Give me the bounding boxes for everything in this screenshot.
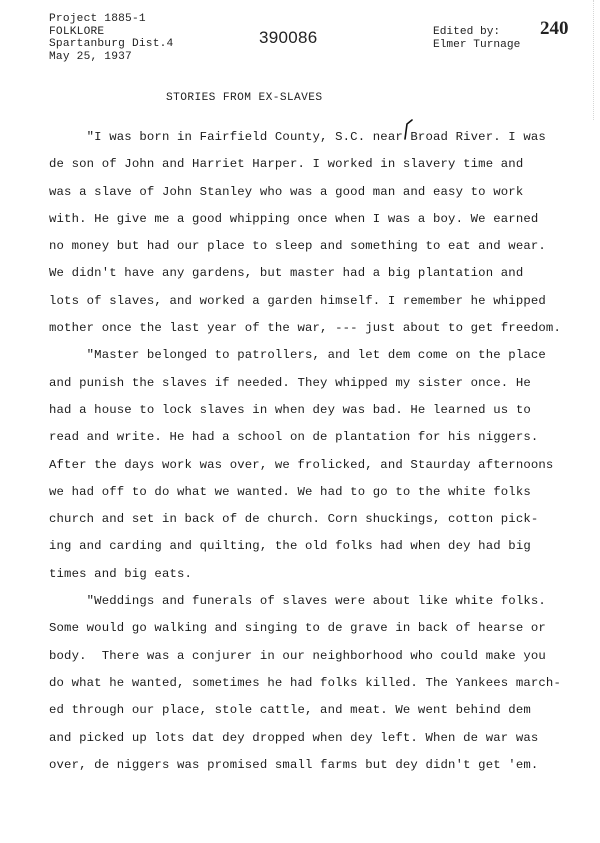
text-line: ing and carding and quilting, the old fo… — [49, 533, 589, 560]
text-line: was a slave of John Stanley who was a go… — [49, 179, 589, 206]
scan-edge-marks — [593, 0, 600, 120]
page-number: 240 — [540, 18, 569, 40]
text-line: ed through our place, stole cattle, and … — [49, 697, 589, 724]
document-number: 390086 — [259, 28, 318, 48]
editor-block: Edited by: Elmer Turnage — [433, 26, 520, 51]
text-line: read and write. He had a school on de pl… — [49, 424, 589, 451]
text-line: had a house to lock slaves in when dey w… — [49, 397, 589, 424]
text-line: we had off to do what we wanted. We had … — [49, 479, 589, 506]
district-line: Spartanburg Dist.4 — [49, 38, 173, 51]
text-line: with. He give me a good whipping once wh… — [49, 206, 589, 233]
document-page: Project 1885-1 FOLKLORE Spartanburg Dist… — [0, 0, 600, 843]
editor-name: Elmer Turnage — [433, 39, 520, 52]
text-line: times and big eats. — [49, 561, 589, 588]
document-body: "I was born in Fairfield County, S.C. ne… — [49, 124, 589, 779]
text-line: "I was born in Fairfield County, S.C. ne… — [49, 124, 589, 151]
text-line: "Master belonged to patrollers, and let … — [49, 342, 589, 369]
category-line: FOLKLORE — [49, 26, 173, 39]
text-line: do what he wanted, sometimes he had folk… — [49, 670, 589, 697]
text-line: de son of John and Harriet Harper. I wor… — [49, 151, 589, 178]
text-line: We didn't have any gardens, but master h… — [49, 260, 589, 287]
project-info-block: Project 1885-1 FOLKLORE Spartanburg Dist… — [49, 13, 173, 63]
text-line: and punish the slaves if needed. They wh… — [49, 370, 589, 397]
text-line: church and set in back of de church. Cor… — [49, 506, 589, 533]
date-line: May 25, 1937 — [49, 51, 173, 64]
text-line: After the days work was over, we frolick… — [49, 452, 589, 479]
project-line: Project 1885-1 — [49, 13, 173, 26]
text-line: and picked up lots dat dey dropped when … — [49, 725, 589, 752]
editor-label: Edited by: — [433, 26, 520, 39]
text-line: no money but had our place to sleep and … — [49, 233, 589, 260]
text-line: mother once the last year of the war, --… — [49, 315, 589, 342]
text-line: lots of slaves, and worked a garden hims… — [49, 288, 589, 315]
document-title: STORIES FROM EX-SLAVES — [166, 92, 323, 104]
text-line: over, de niggers was promised small farm… — [49, 752, 589, 779]
text-line: Some would go walking and singing to de … — [49, 615, 589, 642]
text-line: body. There was a conjurer in our neighb… — [49, 643, 589, 670]
text-line: "Weddings and funerals of slaves were ab… — [49, 588, 589, 615]
